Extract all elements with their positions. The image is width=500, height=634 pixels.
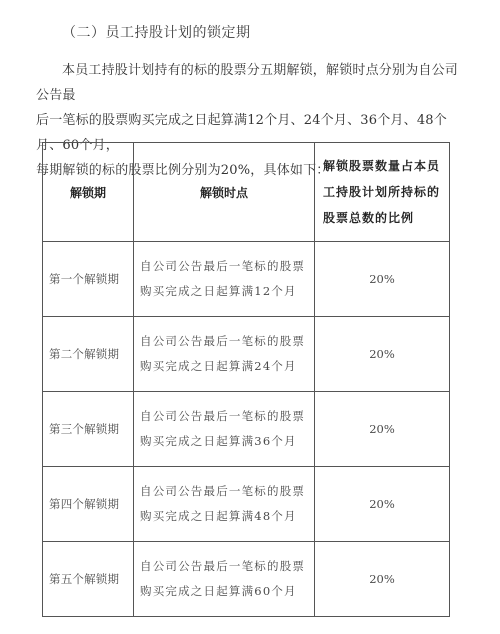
table-row: 第五个解锁期 自公司公告最后一笔标的股票 购买完成之日起算满60个月 20% (43, 542, 450, 617)
cell-timing: 自公司公告最后一笔标的股票 购买完成之日起算满60个月 (134, 542, 315, 617)
cell-timing-line-2: 购买完成之日起算满48个月 (140, 504, 310, 529)
table-row: 第三个解锁期 自公司公告最后一笔标的股票 购买完成之日起算满36个月 20% (43, 392, 450, 467)
cell-timing-line-1: 自公司公告最后一笔标的股票 (140, 254, 310, 279)
cell-ratio: 20% (315, 317, 450, 392)
cell-timing-line-1: 自公司公告最后一笔标的股票 (140, 554, 310, 579)
cell-period: 第三个解锁期 (43, 392, 134, 467)
lockup-period-table: 解锁期 解锁时点 解锁股票数量占本员 工持股计划所持标的 股票总数的比例 第一个… (42, 142, 450, 617)
cell-timing-line-1: 自公司公告最后一笔标的股票 (140, 479, 310, 504)
cell-ratio: 20% (315, 242, 450, 317)
header-period: 解锁期 (43, 143, 134, 242)
cell-period: 第一个解锁期 (43, 242, 134, 317)
section-heading: （二）员工持股计划的锁定期 (62, 22, 251, 42)
paragraph-line-1: 本员工持股计划持有的标的股票分五期解锁，解锁时点分别为自公司公告最 (36, 58, 466, 108)
cell-timing-line-2: 购买完成之日起算满60个月 (140, 579, 310, 604)
cell-timing: 自公司公告最后一笔标的股票 购买完成之日起算满24个月 (134, 317, 315, 392)
cell-timing-line-1: 自公司公告最后一笔标的股票 (140, 329, 310, 354)
header-timing: 解锁时点 (134, 143, 315, 242)
cell-ratio: 20% (315, 542, 450, 617)
table-row: 第四个解锁期 自公司公告最后一笔标的股票 购买完成之日起算满48个月 20% (43, 467, 450, 542)
cell-period: 第二个解锁期 (43, 317, 134, 392)
header-ratio-line-1: 解锁股票数量占本员 (323, 153, 441, 179)
cell-period: 第四个解锁期 (43, 467, 134, 542)
cell-timing: 自公司公告最后一笔标的股票 购买完成之日起算满12个月 (134, 242, 315, 317)
cell-ratio: 20% (315, 392, 450, 467)
table-header-row: 解锁期 解锁时点 解锁股票数量占本员 工持股计划所持标的 股票总数的比例 (43, 143, 450, 242)
table-row: 第一个解锁期 自公司公告最后一笔标的股票 购买完成之日起算满12个月 20% (43, 242, 450, 317)
cell-timing: 自公司公告最后一笔标的股票 购买完成之日起算满36个月 (134, 392, 315, 467)
header-ratio-line-2: 工持股计划所持标的 (323, 179, 441, 205)
cell-timing-line-2: 购买完成之日起算满24个月 (140, 354, 310, 379)
cell-timing-line-1: 自公司公告最后一笔标的股票 (140, 404, 310, 429)
cell-timing-line-2: 购买完成之日起算满12个月 (140, 279, 310, 304)
table-row: 第二个解锁期 自公司公告最后一笔标的股票 购买完成之日起算满24个月 20% (43, 317, 450, 392)
cell-ratio: 20% (315, 467, 450, 542)
header-ratio: 解锁股票数量占本员 工持股计划所持标的 股票总数的比例 (315, 143, 450, 242)
cell-period: 第五个解锁期 (43, 542, 134, 617)
header-ratio-line-3: 股票总数的比例 (323, 205, 441, 231)
paragraph-text-1: 本员工持股计划持有的标的股票分五期解锁，解锁时点分别为自公司公告最 (36, 63, 458, 103)
cell-timing-line-2: 购买完成之日起算满36个月 (140, 429, 310, 454)
cell-timing: 自公司公告最后一笔标的股票 购买完成之日起算满48个月 (134, 467, 315, 542)
